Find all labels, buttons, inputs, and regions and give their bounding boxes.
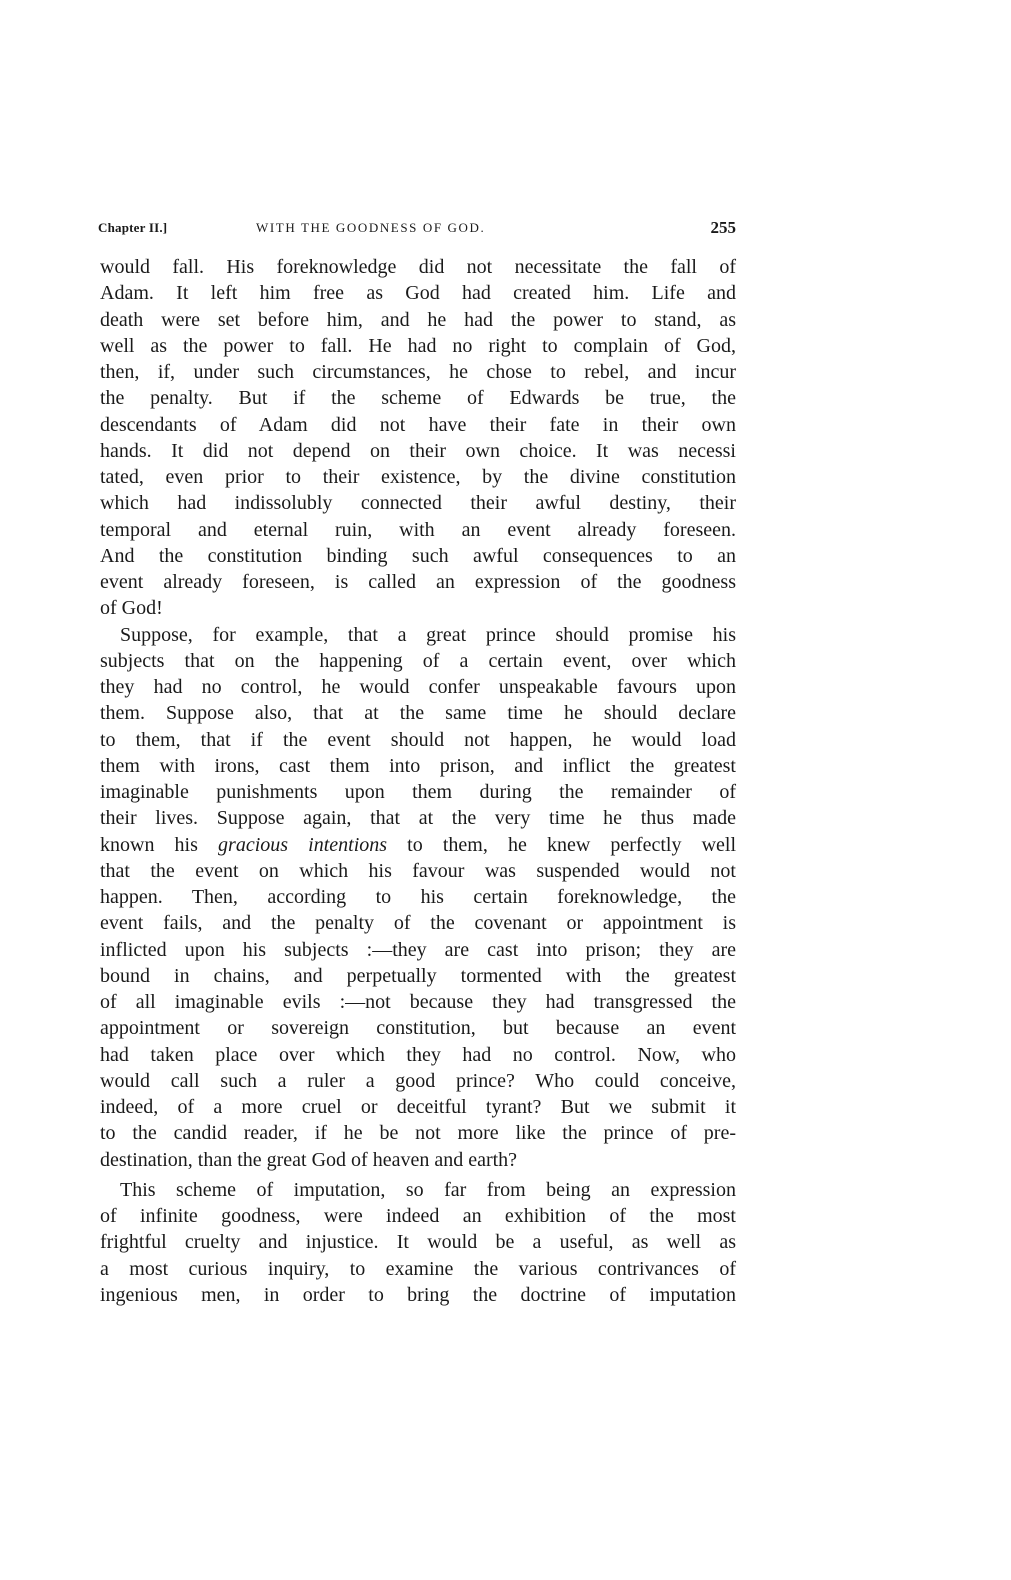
text-line: indeed, of a more cruel or deceitful tyr… [100,1094,736,1120]
text-line: them. Suppose also, that at the same tim… [100,700,736,726]
text-line: subjects that on the happening of a cert… [100,648,736,674]
paragraph-2: Suppose, for example, that a great princ… [100,622,736,1173]
text-line: to them, that if the event should not ha… [100,727,736,753]
text-line: they had no control, he would confer uns… [100,674,736,700]
text-line: inflicted upon his subjects :—they are c… [100,937,736,963]
text-line: appointment or sovereign constitution, b… [100,1015,736,1041]
italic-emphasis: gracious intentions [218,834,387,856]
text-line: had taken place over which they had no c… [100,1042,736,1068]
text-line: would fall. His foreknowledge did not ne… [100,254,736,280]
text-line: which had indissolubly connected their a… [100,490,736,516]
text-line: of God! [100,595,736,621]
text-line: event fails, and the penalty of the cove… [100,910,736,936]
text-segment: to them, he knew perfectly well [387,834,736,856]
text-line: Suppose, for example, that a great princ… [100,622,736,648]
text-line: tated, even prior to their existence, by… [100,464,736,490]
text-segment: known his [100,834,218,856]
text-line: descendants of Adam did not have their f… [100,412,736,438]
text-line: that the event on which his favour was s… [100,858,736,884]
text-line: their lives. Suppose again, that at the … [100,805,736,831]
running-title: WITH THE GOODNESS OF GOD. [256,220,485,236]
paragraph-3: This scheme of imputation, so far from b… [100,1177,736,1308]
text-line: bound in chains, and perpetually torment… [100,963,736,989]
text-line: of infinite goodness, were indeed an exh… [100,1203,736,1229]
text-line: And the constitution binding such awful … [100,543,736,569]
text-line: event already foreseen, is called an exp… [100,569,736,595]
text-line: death were set before him, and he had th… [100,307,736,333]
text-line: well as the power to fall. He had no rig… [100,333,736,359]
text-line: a most curious inquiry, to examine the v… [100,1256,736,1282]
paragraph-1: would fall. His foreknowledge did not ne… [100,254,736,622]
text-line: imaginable punishments upon them during … [100,779,736,805]
text-line: frightful cruelty and injustice. It woul… [100,1229,736,1255]
page-number: 255 [711,218,737,238]
text-line: of all imaginable evils :—not because th… [100,989,736,1015]
text-line: ingenious men, in order to bring the doc… [100,1282,736,1308]
text-line: This scheme of imputation, so far from b… [100,1177,736,1203]
running-header: Chapter II.] WITH THE GOODNESS OF GOD. 2… [98,218,736,242]
text-line: then, if, under such circumstances, he c… [100,359,736,385]
text-line-with-italic: known his gracious intentions to them, h… [100,832,736,858]
text-line: them with irons, cast them into prison, … [100,753,736,779]
text-line: hands. It did not depend on their own ch… [100,438,736,464]
text-line: the penalty. But if the scheme of Edward… [100,385,736,411]
text-line: to the candid reader, if he be not more … [100,1120,736,1146]
text-line: would call such a ruler a good prince? W… [100,1068,736,1094]
body-text: would fall. His foreknowledge did not ne… [100,254,736,1308]
text-line: Adam. It left him free as God had create… [100,280,736,306]
text-line: destination, than the great God of heave… [100,1147,736,1173]
text-line: happen. Then, according to his certain f… [100,884,736,910]
book-page: Chapter II.] WITH THE GOODNESS OF GOD. 2… [0,0,1011,1580]
text-line: temporal and eternal ruin, with an event… [100,517,736,543]
chapter-label: Chapter II.] [98,220,167,236]
